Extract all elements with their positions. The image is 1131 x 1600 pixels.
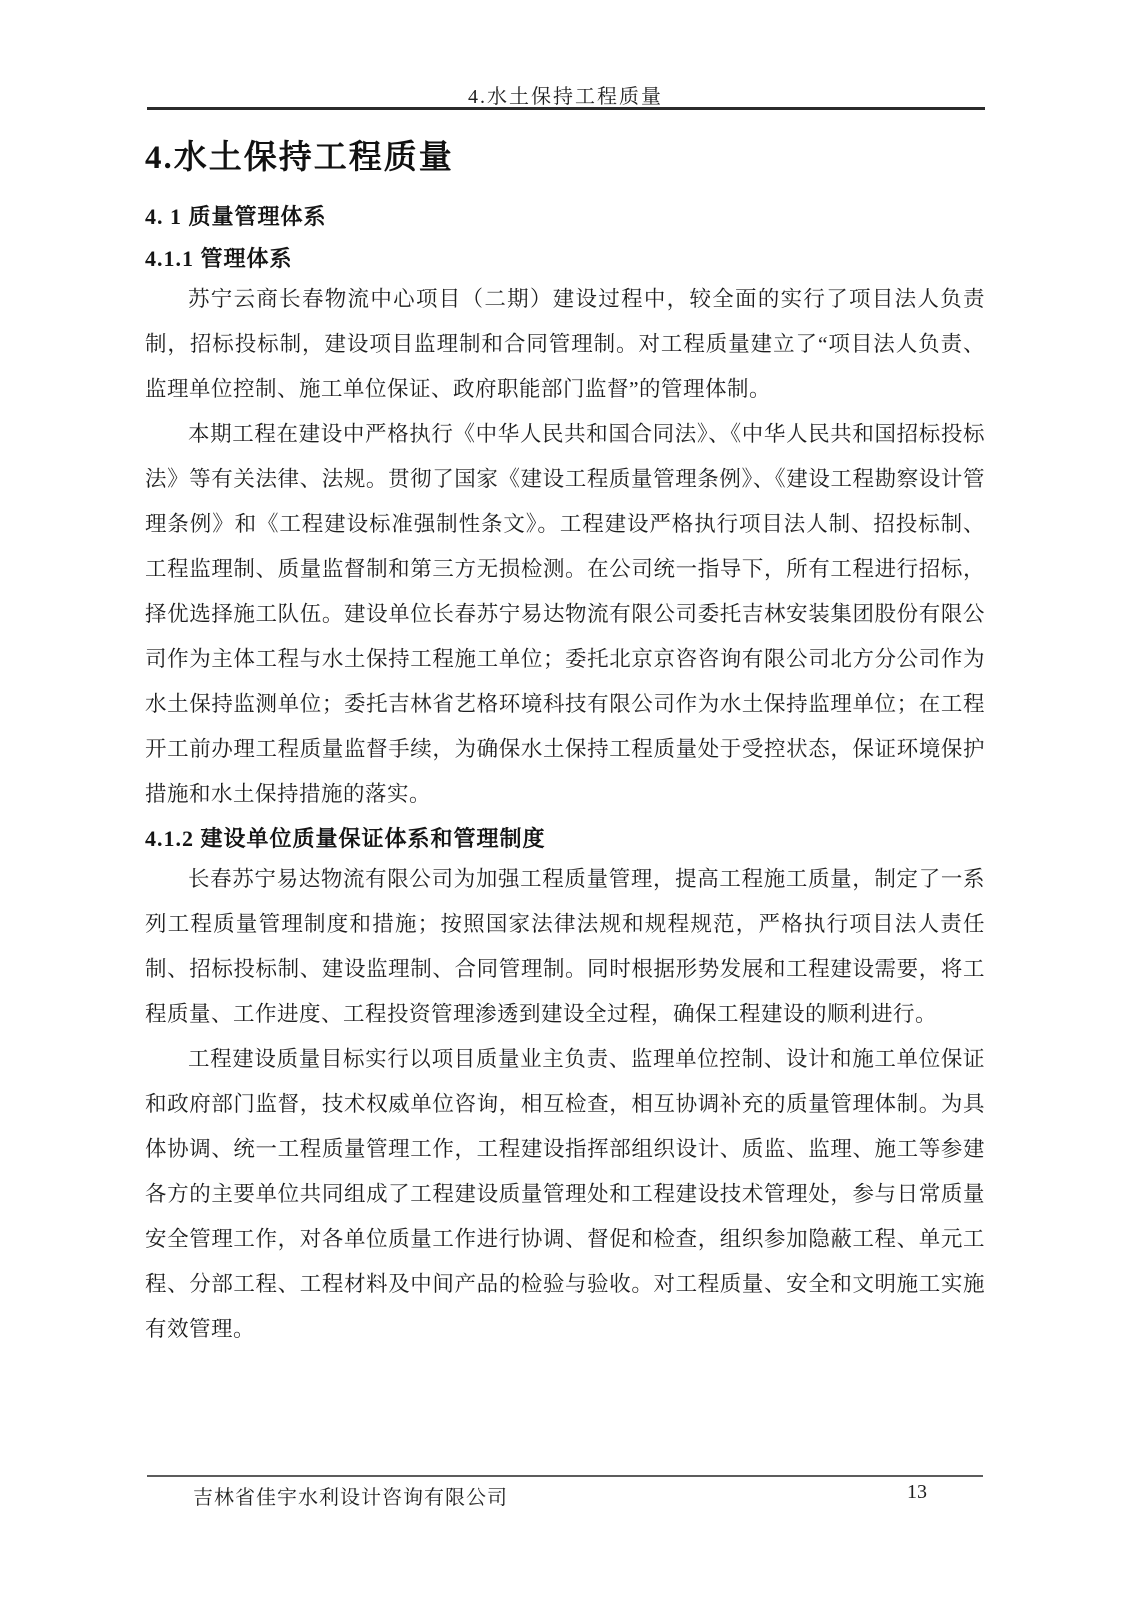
paragraph-1: 苏宁云商长春物流中心项目（二期）建设过程中，较全面的实行了项目法人负责制，招标投… <box>145 277 985 412</box>
paragraph-3: 长春苏宁易达物流有限公司为加强工程质量管理，提高工程施工质量，制定了一系列工程质… <box>145 857 985 1037</box>
subsection-title-4-1-2: 4.1.2 建设单位质量保证体系和管理制度 <box>145 825 985 853</box>
paragraph-2: 本期工程在建设中严格执行《中华人民共和国合同法》、《中华人民共和国招标投标法》等… <box>145 412 985 817</box>
subsection-title-4-1-1: 4.1.1 管理体系 <box>145 245 985 273</box>
section-title-4-1: 4. 1 质量管理体系 <box>145 203 985 231</box>
page-header-title: 4.水土保持工程质量 <box>0 80 1131 109</box>
chapter-title: 4.水土保持工程质量 <box>145 138 985 179</box>
page-content: 4.水土保持工程质量 4. 1 质量管理体系 4.1.1 管理体系 苏宁云商长春… <box>145 130 985 1352</box>
footer-page-number: 13 <box>907 1481 927 1504</box>
footer-rule <box>147 1475 983 1477</box>
page-footer: 吉林省佳宇水利设计咨询有限公司 13 <box>145 1481 985 1510</box>
header-rule <box>147 107 985 110</box>
paragraph-4: 工程建设质量目标实行以项目质量业主负责、监理单位控制、设计和施工单位保证和政府部… <box>145 1037 985 1352</box>
footer-company-name: 吉林省佳宇水利设计咨询有限公司 <box>193 1481 508 1510</box>
document-page: 4.水土保持工程质量 4.水土保持工程质量 4. 1 质量管理体系 4.1.1 … <box>0 0 1131 1600</box>
